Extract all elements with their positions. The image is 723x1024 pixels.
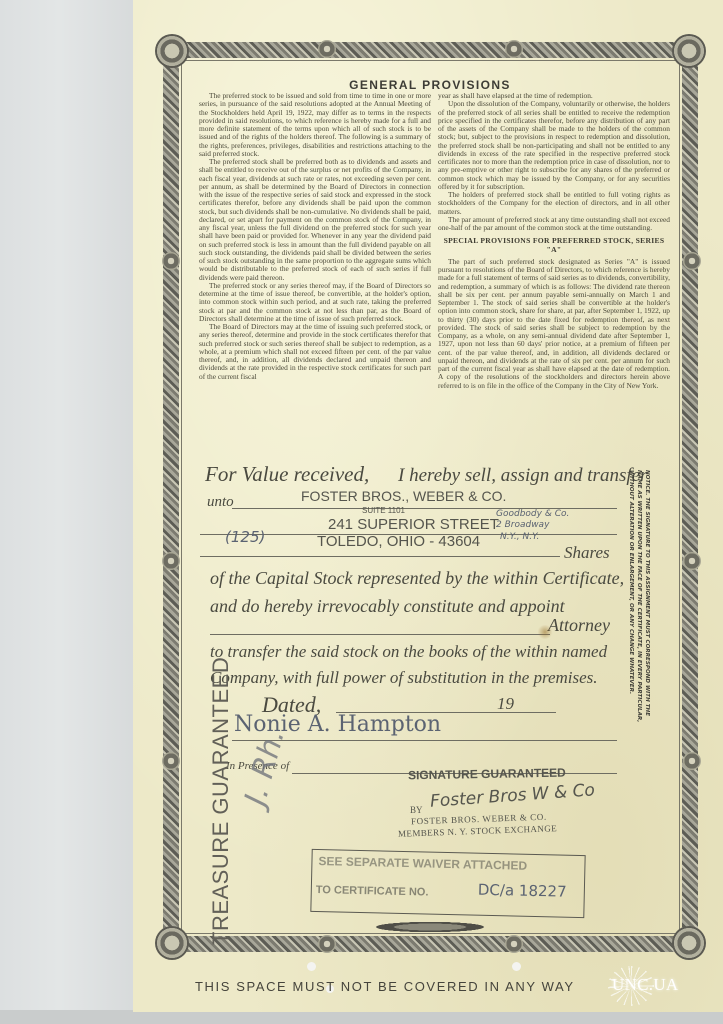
corner-ornament-bottom-right: [672, 926, 706, 960]
provision-paragraph: Upon the dissolution of the Company, vol…: [438, 100, 670, 191]
corner-ornament-top-right: [672, 34, 706, 68]
unto-label: unto: [207, 494, 234, 511]
attorney-line: [210, 634, 550, 635]
special-provisions-heading: SPECIAL PROVISIONS FOR PREFERRED STOCK, …: [438, 237, 670, 254]
substitution-text: Company, with full power of substitution…: [210, 668, 598, 688]
hereby-transfer-text: I hereby sell, assign and transfer: [398, 465, 647, 487]
shares-label: Shares: [564, 543, 610, 563]
provision-paragraph: The preferred stock to be issued and sol…: [199, 92, 431, 158]
handwritten-address-line-1: Goodbody & Co.: [496, 509, 569, 519]
footer-warning: THIS SPACE MUST NOT BE COVERED IN ANY WA…: [195, 979, 575, 994]
border-rosette: [683, 252, 701, 270]
guarantee-by-label: BY: [410, 805, 423, 815]
notice-line-2: NAME AS WRITTEN UPON THE FACE OF THE CER…: [635, 470, 642, 722]
provision-paragraph: The par amount of preferred stock at any…: [438, 216, 670, 233]
assignee-stamp-street: 241 SUPERIOR STREET: [328, 516, 499, 533]
transfer-text: to transfer the said stock on the books …: [210, 642, 607, 662]
assignee-line-3: [200, 556, 560, 557]
handwritten-share-count: (125): [225, 528, 265, 546]
general-provisions-title: GENERAL PROVISIONS: [190, 78, 670, 92]
border-rosette: [505, 40, 523, 58]
signature-notice-vertical: NOTICE. THE SIGNATURE TO THIS ASSIGNMENT…: [624, 470, 638, 800]
certificate-number: DC/a 18227: [478, 881, 567, 901]
special-provision-paragraph: The part of such preferred stock designa…: [438, 258, 670, 390]
stain: [537, 625, 553, 639]
corner-ornament-top-left: [155, 34, 189, 68]
border-rosette: [505, 935, 523, 953]
provision-paragraph: The preferred stock shall be preferred b…: [199, 158, 431, 282]
provision-paragraph: The holders of preferred stock shall be …: [438, 191, 670, 216]
separate-waiver-line-1: SEE SEPARATE WAIVER ATTACHED: [318, 854, 527, 873]
separate-waiver-stamp: SEE SEPARATE WAIVER ATTACHED TO CERTIFIC…: [310, 849, 585, 918]
capital-stock-text: of the Capital Stock represented by the …: [210, 568, 624, 589]
border-rosette: [162, 552, 180, 570]
notice-line-1: NOTICE. THE SIGNATURE TO THIS ASSIGNMENT…: [643, 470, 650, 716]
scan-backdrop-edge: [0, 1010, 723, 1024]
provisions-column-right: year as shall have elapsed at the time o…: [438, 92, 670, 390]
border-rosette: [162, 252, 180, 270]
provisions-column-left: The preferred stock to be issued and sol…: [199, 92, 431, 381]
punch-hole: [307, 962, 316, 971]
for-value-received: For Value received,: [205, 462, 369, 487]
assignee-stamp-firm: FOSTER BROS., WEBER & CO.: [301, 488, 506, 504]
provision-paragraph: The preferred stock or any series thereo…: [199, 282, 431, 323]
provision-paragraph: The Board of Directors may at the time o…: [199, 323, 431, 381]
border-rosette: [683, 752, 701, 770]
handwritten-address-line-2: 2 Broadway: [496, 520, 549, 530]
site-watermark: UNC.UA: [612, 975, 679, 995]
border-rosette: [318, 935, 336, 953]
border-rosette: [683, 552, 701, 570]
assignee-stamp-suite: SUITE 1101: [362, 506, 405, 515]
border-rosette: [162, 752, 180, 770]
separate-waiver-line-2: TO CERTIFICATE NO.: [316, 884, 429, 899]
handwritten-address-line-3: N.Y., N.Y.: [500, 532, 539, 542]
treasure-guaranteed-stamp: TREASURE GUARANTEED: [208, 657, 234, 945]
border-rosette: [318, 40, 336, 58]
year-prefix: 19: [497, 694, 514, 714]
assignee-stamp-city: TOLEDO, OHIO - 43604: [317, 533, 480, 550]
attorney-label: Attorney: [548, 615, 610, 636]
signature-guaranteed-stamp: SIGNATURE GUARANTEED: [408, 766, 566, 783]
corner-ornament-bottom-left: [155, 926, 189, 960]
punch-hole: [512, 962, 521, 971]
appoint-text: and do hereby irrevocably constitute and…: [210, 596, 565, 617]
notice-line-3: WITHOUT ALTERATION OR ENLARGEMENT, OR AN…: [627, 470, 634, 694]
engraver-imprint: [367, 921, 493, 933]
